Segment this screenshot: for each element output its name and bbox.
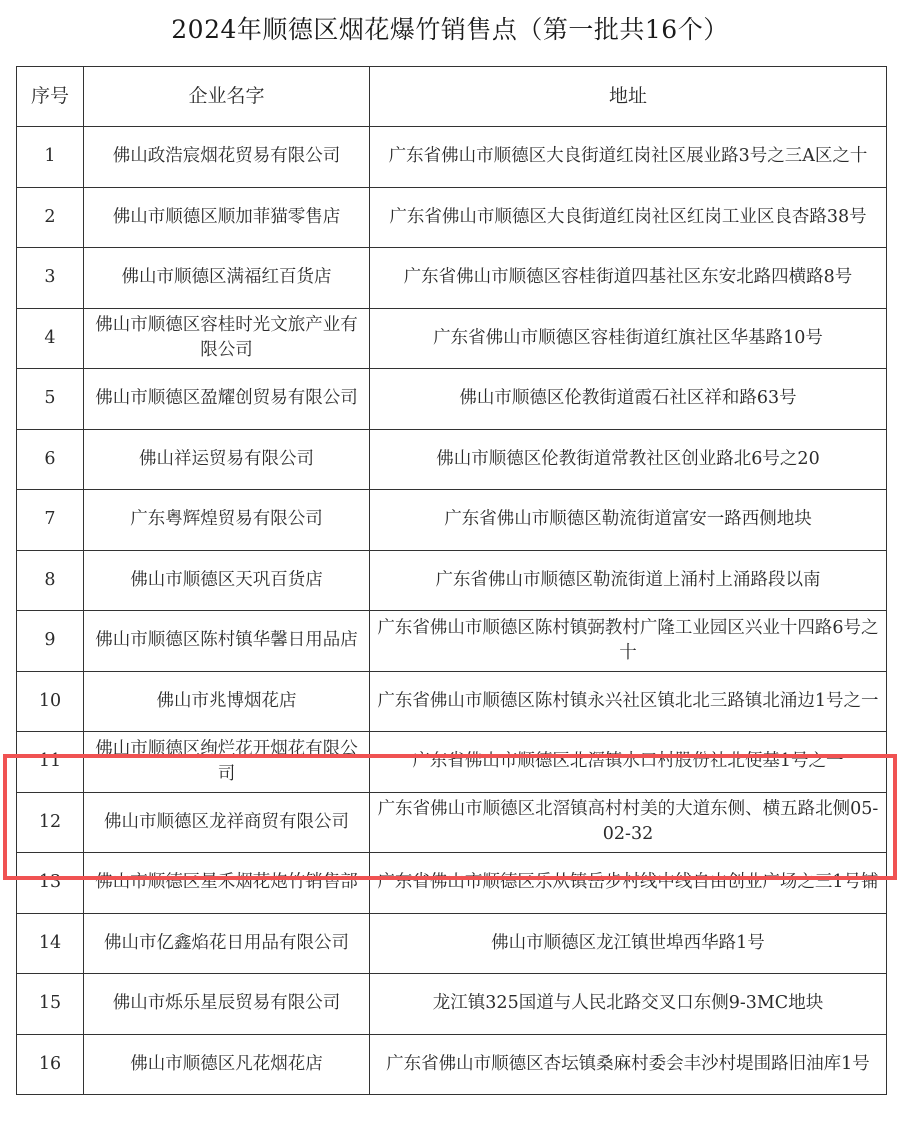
table-row: 3 佛山市顺德区满福红百货店 广东省佛山市顺德区容桂街道四基社区东安北路四横路8…: [17, 248, 887, 309]
table-row: 13 佛山市顺德区星禾烟花炮竹销售部 广东省佛山市顺德区乐从镇岳步村线中线自由创…: [17, 853, 887, 914]
table-row: 10 佛山市兆博烟花店 广东省佛山市顺德区陈村镇永兴社区镇北北三路镇北涌边1号之…: [17, 671, 887, 732]
company-name: 佛山市顺德区星禾烟花炮竹销售部: [84, 853, 370, 914]
address: 广东省佛山市顺德区大良街道红岗社区红岗工业区良杏路38号: [370, 187, 887, 248]
table-row-highlighted: 11 佛山市顺德区绚烂花开烟花有限公司 广东省佛山市顺德区北滘镇水口村股份社北便…: [17, 732, 887, 793]
address: 广东省佛山市顺德区大良街道红岗社区展业路3号之三A区之十: [370, 127, 887, 188]
company-name: 佛山市兆博烟花店: [84, 671, 370, 732]
company-name: 佛山市烁乐星辰贸易有限公司: [84, 974, 370, 1035]
table-row: 2 佛山市顺德区顺加菲猫零售店 广东省佛山市顺德区大良街道红岗社区红岗工业区良杏…: [17, 187, 887, 248]
address: 广东省佛山市顺德区北滘镇水口村股份社北便基1号之一: [370, 732, 887, 793]
address: 佛山市顺德区伦教街道霞石社区祥和路63号: [370, 369, 887, 430]
table-row: 8 佛山市顺德区天巩百货店 广东省佛山市顺德区勒流街道上涌村上涌路段以南: [17, 550, 887, 611]
company-name: 佛山市亿鑫焰花日用品有限公司: [84, 913, 370, 974]
table-row: 6 佛山祥运贸易有限公司 佛山市顺德区伦教街道常教社区创业路北6号之20: [17, 429, 887, 490]
row-number: 4: [17, 308, 84, 369]
row-number: 11: [17, 732, 84, 793]
company-name: 佛山市顺德区天巩百货店: [84, 550, 370, 611]
row-number: 1: [17, 127, 84, 188]
table-row: 5 佛山市顺德区盈耀创贸易有限公司 佛山市顺德区伦教街道霞石社区祥和路63号: [17, 369, 887, 430]
table-row: 14 佛山市亿鑫焰花日用品有限公司 佛山市顺德区龙江镇世埠西华路1号: [17, 913, 887, 974]
address: 广东省佛山市顺德区陈村镇弼教村广隆工业园区兴业十四路6号之十: [370, 611, 887, 672]
row-number: 16: [17, 1034, 84, 1095]
address: 广东省佛山市顺德区北滘镇高村村美的大道东侧、横五路北侧05-02-32: [370, 792, 887, 853]
row-number: 15: [17, 974, 84, 1035]
address: 广东省佛山市顺德区容桂街道红旗社区华基路10号: [370, 308, 887, 369]
row-number: 7: [17, 490, 84, 551]
row-number: 6: [17, 429, 84, 490]
company-name: 佛山市顺德区陈村镇华馨日用品店: [84, 611, 370, 672]
company-name: 佛山市顺德区盈耀创贸易有限公司: [84, 369, 370, 430]
row-number: 10: [17, 671, 84, 732]
table-row: 9 佛山市顺德区陈村镇华馨日用品店 广东省佛山市顺德区陈村镇弼教村广隆工业园区兴…: [17, 611, 887, 672]
company-name: 广东粤辉煌贸易有限公司: [84, 490, 370, 551]
company-name: 佛山市顺德区容桂时光文旅产业有限公司: [84, 308, 370, 369]
row-number: 3: [17, 248, 84, 309]
address: 广东省佛山市顺德区勒流街道上涌村上涌路段以南: [370, 550, 887, 611]
row-number: 5: [17, 369, 84, 430]
company-name: 佛山市顺德区龙祥商贸有限公司: [84, 792, 370, 853]
table-row: 16 佛山市顺德区凡花烟花店 广东省佛山市顺德区杏坛镇桑麻村委会丰沙村堤围路旧油…: [17, 1034, 887, 1095]
row-number: 2: [17, 187, 84, 248]
table-row: 4 佛山市顺德区容桂时光文旅产业有限公司 广东省佛山市顺德区容桂街道红旗社区华基…: [17, 308, 887, 369]
address: 龙江镇325国道与人民北路交叉口东侧9-3MC地块: [370, 974, 887, 1035]
table-row: 7 广东粤辉煌贸易有限公司 广东省佛山市顺德区勒流街道富安一路西侧地块: [17, 490, 887, 551]
address: 广东省佛山市顺德区杏坛镇桑麻村委会丰沙村堤围路旧油库1号: [370, 1034, 887, 1095]
company-name: 佛山市顺德区顺加菲猫零售店: [84, 187, 370, 248]
address: 广东省佛山市顺德区陈村镇永兴社区镇北北三路镇北涌边1号之一: [370, 671, 887, 732]
company-name: 佛山政浩宸烟花贸易有限公司: [84, 127, 370, 188]
column-header-no: 序号: [17, 67, 84, 127]
address: 佛山市顺德区伦教街道常教社区创业路北6号之20: [370, 429, 887, 490]
address: 广东省佛山市顺德区勒流街道富安一路西侧地块: [370, 490, 887, 551]
table-header-row: 序号 企业名字 地址: [17, 67, 887, 127]
table-row: 1 佛山政浩宸烟花贸易有限公司 广东省佛山市顺德区大良街道红岗社区展业路3号之三…: [17, 127, 887, 188]
company-name: 佛山市顺德区凡花烟花店: [84, 1034, 370, 1095]
row-number: 13: [17, 853, 84, 914]
table-row: 15 佛山市烁乐星辰贸易有限公司 龙江镇325国道与人民北路交叉口东侧9-3MC…: [17, 974, 887, 1035]
sales-points-table: 序号 企业名字 地址 1 佛山政浩宸烟花贸易有限公司 广东省佛山市顺德区大良街道…: [16, 66, 887, 1095]
address: 广东省佛山市顺德区乐从镇岳步村线中线自由创业广场之三1号铺: [370, 853, 887, 914]
address: 佛山市顺德区龙江镇世埠西华路1号: [370, 913, 887, 974]
page-title: 2024年顺德区烟花爆竹销售点（第一批共16个）: [0, 10, 900, 50]
column-header-name: 企业名字: [84, 67, 370, 127]
row-number: 8: [17, 550, 84, 611]
row-number: 12: [17, 792, 84, 853]
address: 广东省佛山市顺德区容桂街道四基社区东安北路四横路8号: [370, 248, 887, 309]
company-name: 佛山市顺德区绚烂花开烟花有限公司: [84, 732, 370, 793]
row-number: 14: [17, 913, 84, 974]
table-row-highlighted: 12 佛山市顺德区龙祥商贸有限公司 广东省佛山市顺德区北滘镇高村村美的大道东侧、…: [17, 792, 887, 853]
row-number: 9: [17, 611, 84, 672]
column-header-address: 地址: [370, 67, 887, 127]
company-name: 佛山市顺德区满福红百货店: [84, 248, 370, 309]
company-name: 佛山祥运贸易有限公司: [84, 429, 370, 490]
